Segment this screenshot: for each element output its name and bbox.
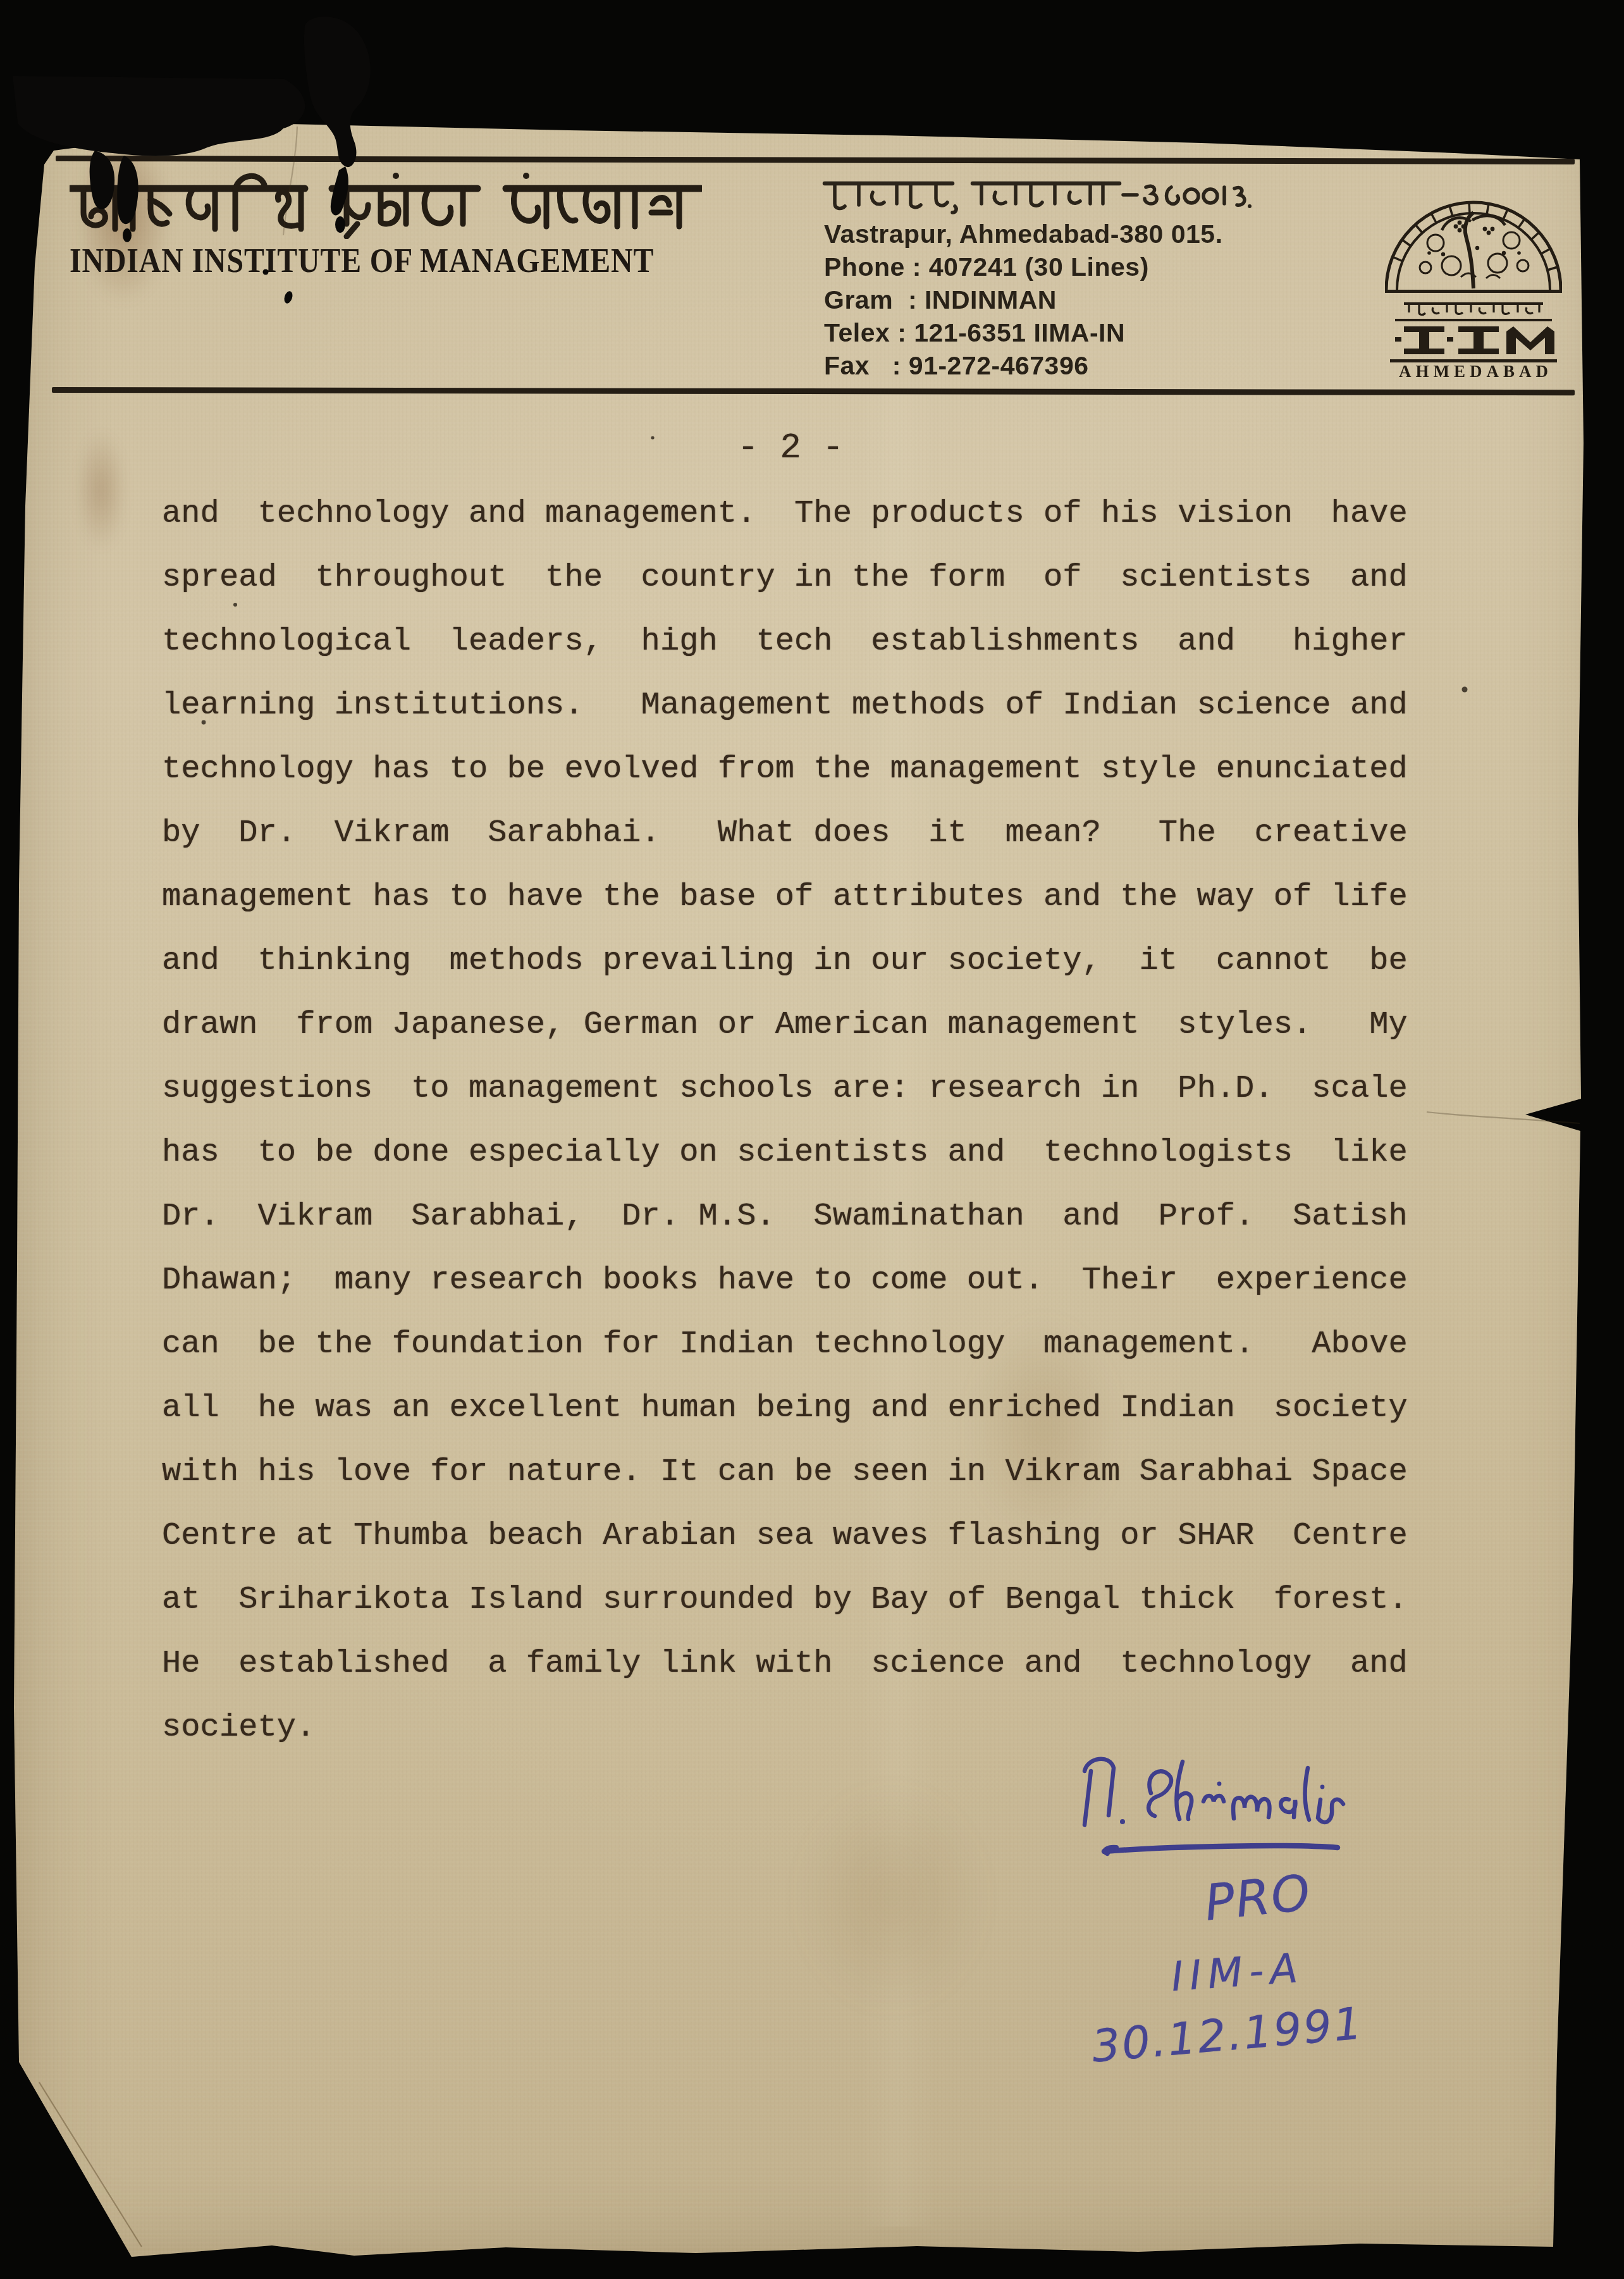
phone-line: Phone : 407241 (30 Lines) [824,250,1223,283]
handwritten-role: PRO [1202,1864,1314,1932]
ink-blots [0,0,506,569]
torn-bottom-edge-highlight [114,2250,1568,2279]
telex-line: Telex : 121-6351 IIMA-IN [824,316,1223,349]
logo-motto-art [1404,304,1543,315]
gram-line: Gram : INDINMAN [824,283,1223,316]
signature-art [1040,1733,1394,1891]
address-hindi-art [822,171,1252,215]
scanned-letter-page: INDIAN INSTITUTE OF MANAGEMENT Vastrapur… [0,0,1624,2279]
letter-body: and technology and management. The produ… [162,482,1408,1760]
logo-monogram-art [1395,326,1554,354]
logo-city-label: AHMEDABAD [1385,362,1562,381]
address-line-english: Vastrapur, Ahmedabad-380 015. [824,218,1223,250]
page-number: - 2 - [715,428,866,468]
fax-line: Fax : 91-272-467396 [824,349,1223,382]
address-block: Vastrapur, Ahmedabad-380 015. Phone : 40… [824,218,1223,382]
iima-logo [1385,182,1562,380]
handwritten-institute: IIM-A [1170,1945,1305,2001]
